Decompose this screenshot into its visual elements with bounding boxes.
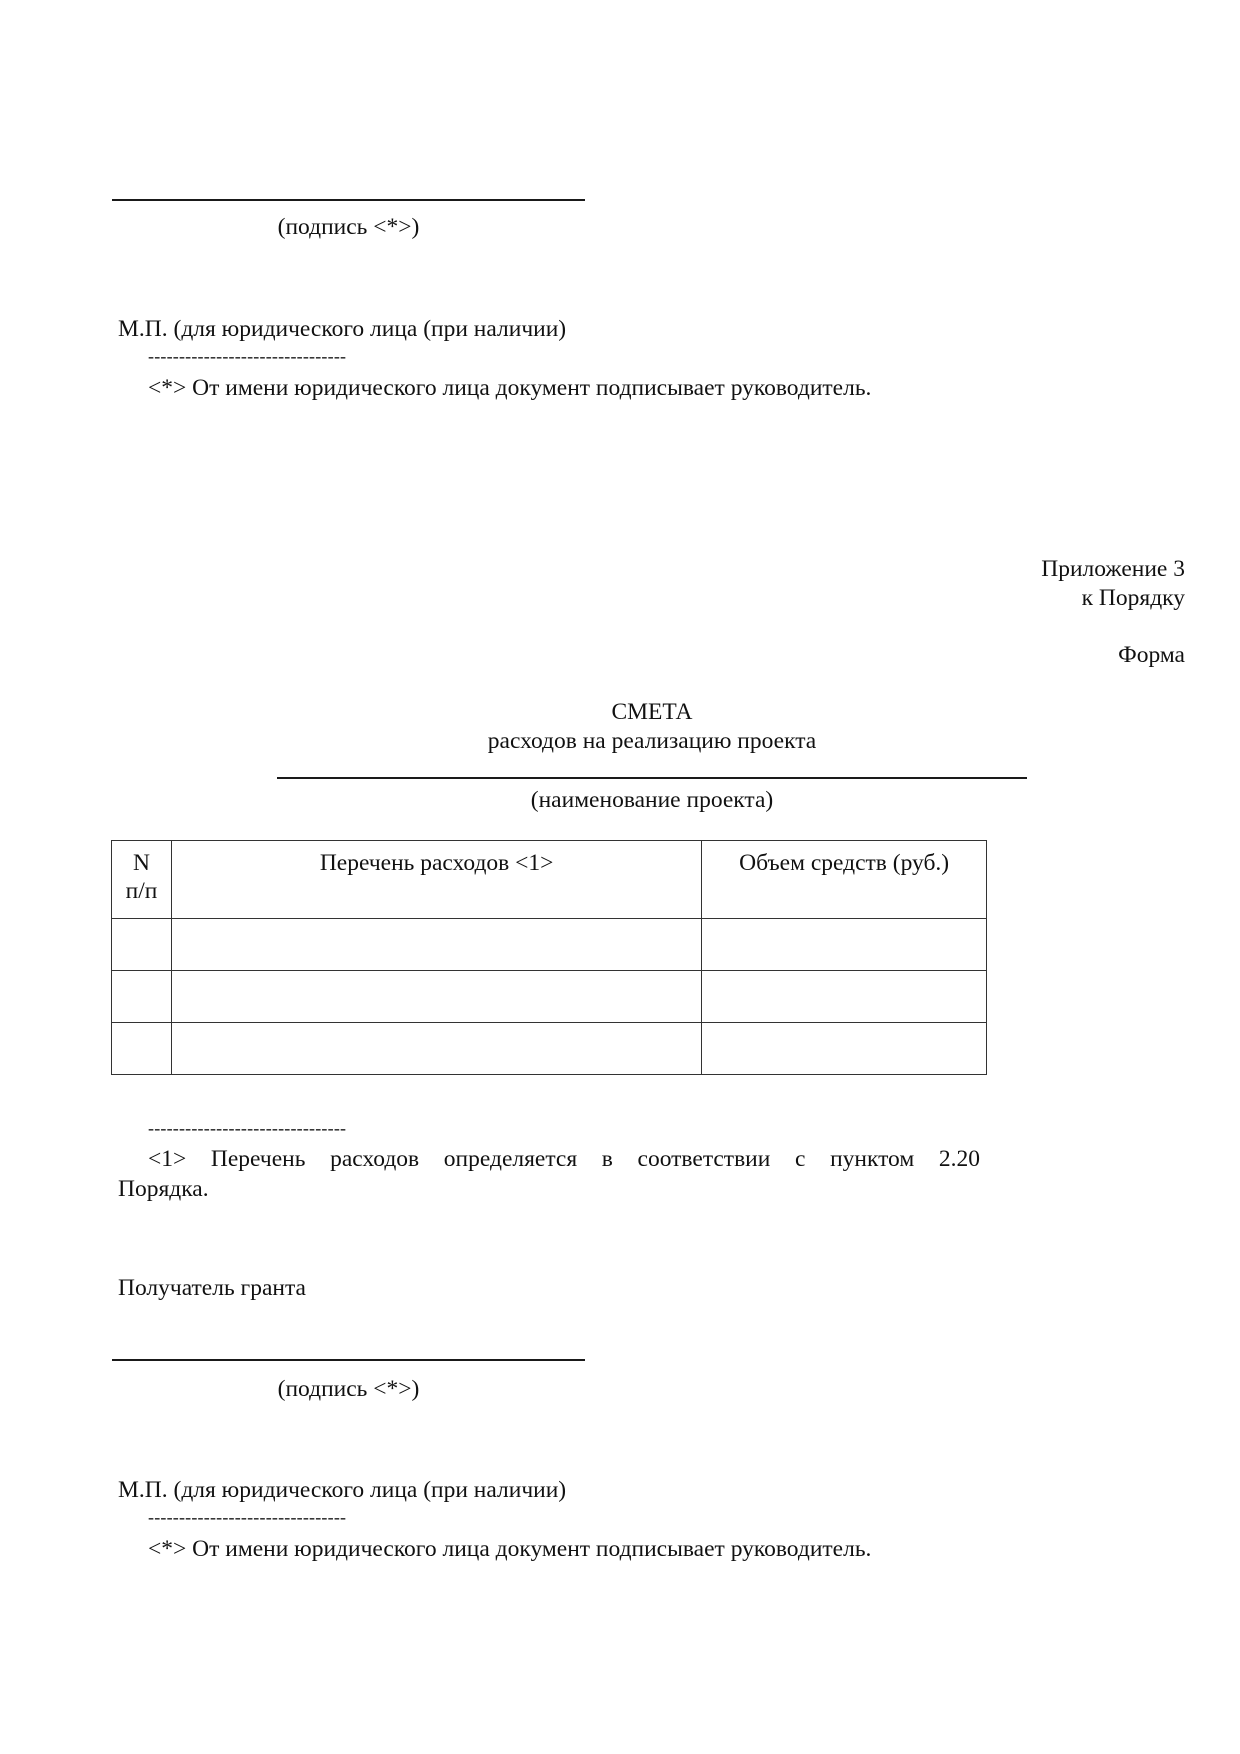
table-footnote-line2: Порядка. [118, 1175, 209, 1203]
seal-note-top: М.П. (для юридического лица (при наличии… [118, 315, 566, 343]
estimate-table: N п/п Перечень расходов <1> Объем средст… [111, 840, 987, 1075]
footnote-bottom: <*> От имени юридического лица документ … [148, 1535, 871, 1563]
header-number: N п/п [112, 841, 172, 919]
project-name-line[interactable] [277, 777, 1027, 779]
header-number-line2: п/п [126, 878, 158, 904]
project-name-caption: (наименование проекта) [277, 786, 1027, 814]
footnote-separator-top: -------------------------------- [148, 342, 346, 370]
cell-number[interactable] [112, 971, 172, 1023]
header-amount: Объем средств (руб.) [702, 841, 987, 919]
table-footnote-separator: -------------------------------- [148, 1114, 346, 1142]
document-title: СМЕТА [277, 698, 1027, 726]
table-header-row: N п/п Перечень расходов <1> Объем средст… [112, 841, 987, 919]
cell-number[interactable] [112, 919, 172, 971]
cell-amount[interactable] [702, 919, 987, 971]
cell-amount[interactable] [702, 1023, 987, 1075]
form-label: Форма [1118, 641, 1185, 669]
appendix-line-2: к Порядку [1082, 584, 1185, 612]
cell-expense[interactable] [171, 919, 701, 971]
recipient-label: Получатель гранта [118, 1274, 306, 1302]
signature-caption-top: (подпись <*>) [112, 213, 585, 241]
seal-note-bottom: М.П. (для юридического лица (при наличии… [118, 1476, 566, 1504]
header-number-line1: N [133, 850, 150, 876]
cell-expense[interactable] [171, 971, 701, 1023]
footnote-separator-bottom: -------------------------------- [148, 1503, 346, 1531]
table-row [112, 1023, 987, 1075]
cell-amount[interactable] [702, 971, 987, 1023]
table-row [112, 919, 987, 971]
footnote-top: <*> От имени юридического лица документ … [148, 374, 871, 402]
header-expenses: Перечень расходов <1> [171, 841, 701, 919]
cell-expense[interactable] [171, 1023, 701, 1075]
signature-caption-bottom: (подпись <*>) [112, 1375, 585, 1403]
cell-number[interactable] [112, 1023, 172, 1075]
document-subtitle: расходов на реализацию проекта [277, 727, 1027, 755]
signature-line-top [112, 199, 585, 201]
appendix-line-1: Приложение 3 [1041, 555, 1185, 583]
table-row [112, 971, 987, 1023]
table-footnote-line1: <1> Перечень расходов определяется в соо… [118, 1145, 980, 1173]
signature-line-bottom[interactable] [112, 1359, 585, 1361]
